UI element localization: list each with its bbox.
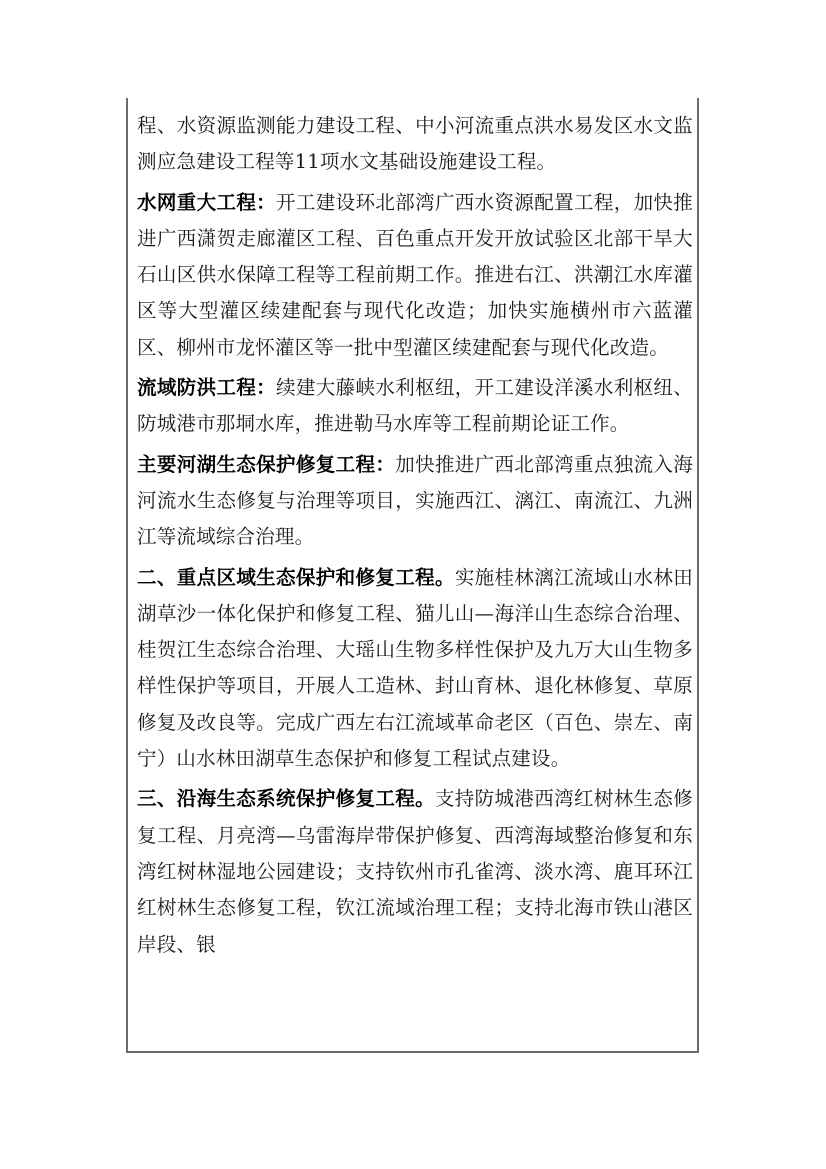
paragraph-lead: 流域防洪工程：: [137, 376, 276, 399]
paragraph-key-region-ecology: 二、重点区域生态保护和修复工程。实施桂林漓江流域山水林田湖草沙一体化保护和修复工…: [137, 560, 693, 778]
paragraph-coastal-ecology: 三、沿海生态系统保护修复工程。支持防城港西湾红树林生态修复工程、月亮湾—乌雷海岸…: [137, 781, 693, 962]
text-box: 程、水资源监测能力建设工程、中小河流重点洪水易发区水文监测应急建设工程等11项水…: [126, 98, 699, 1053]
paragraph-flood-control: 流域防洪工程：续建大藤峡水利枢纽，开工建设洋溪水利枢纽、防城港市那垌水库，推进勒…: [137, 370, 693, 443]
paragraph-water-network: 水网重大工程：开工建设环北部湾广西水资源配置工程，加快推进广西潇贺走廊灌区工程、…: [137, 185, 693, 366]
document-content: 程、水资源监测能力建设工程、中小河流重点洪水易发区水文监测应急建设工程等11项水…: [137, 108, 693, 967]
paragraph-lead: 水网重大工程：: [137, 191, 276, 214]
paragraph-body: 支持防城港西湾红树林生态修复工程、月亮湾—乌雷海岸带保护修复、西湾海域整治修复和…: [137, 787, 693, 955]
paragraph-lead: 三、沿海生态系统保护修复工程。: [137, 787, 435, 810]
paragraph-body: 实施桂林漓江流域山水林田湖草沙一体化保护和修复工程、猫儿山—海洋山生态综合治理、…: [137, 566, 693, 770]
paragraph-body: 开工建设环北部湾广西水资源配置工程，加快推进广西潇贺走廊灌区工程、百色重点开发开…: [137, 191, 693, 359]
paragraph-river-lake-ecology: 主要河湖生态保护修复工程：加快推进广西北部湾重点独流入海河流水生态修复与治理等项…: [137, 447, 693, 556]
paragraph-hydrology-continued: 程、水资源监测能力建设工程、中小河流重点洪水易发区水文监测应急建设工程等11项水…: [137, 108, 693, 181]
paragraph-body: 程、水资源监测能力建设工程、中小河流重点洪水易发区水文监测应急建设工程等11项水…: [137, 114, 693, 173]
paragraph-lead: 二、重点区域生态保护和修复工程。: [137, 566, 455, 589]
paragraph-lead: 主要河湖生态保护修复工程：: [137, 453, 395, 476]
